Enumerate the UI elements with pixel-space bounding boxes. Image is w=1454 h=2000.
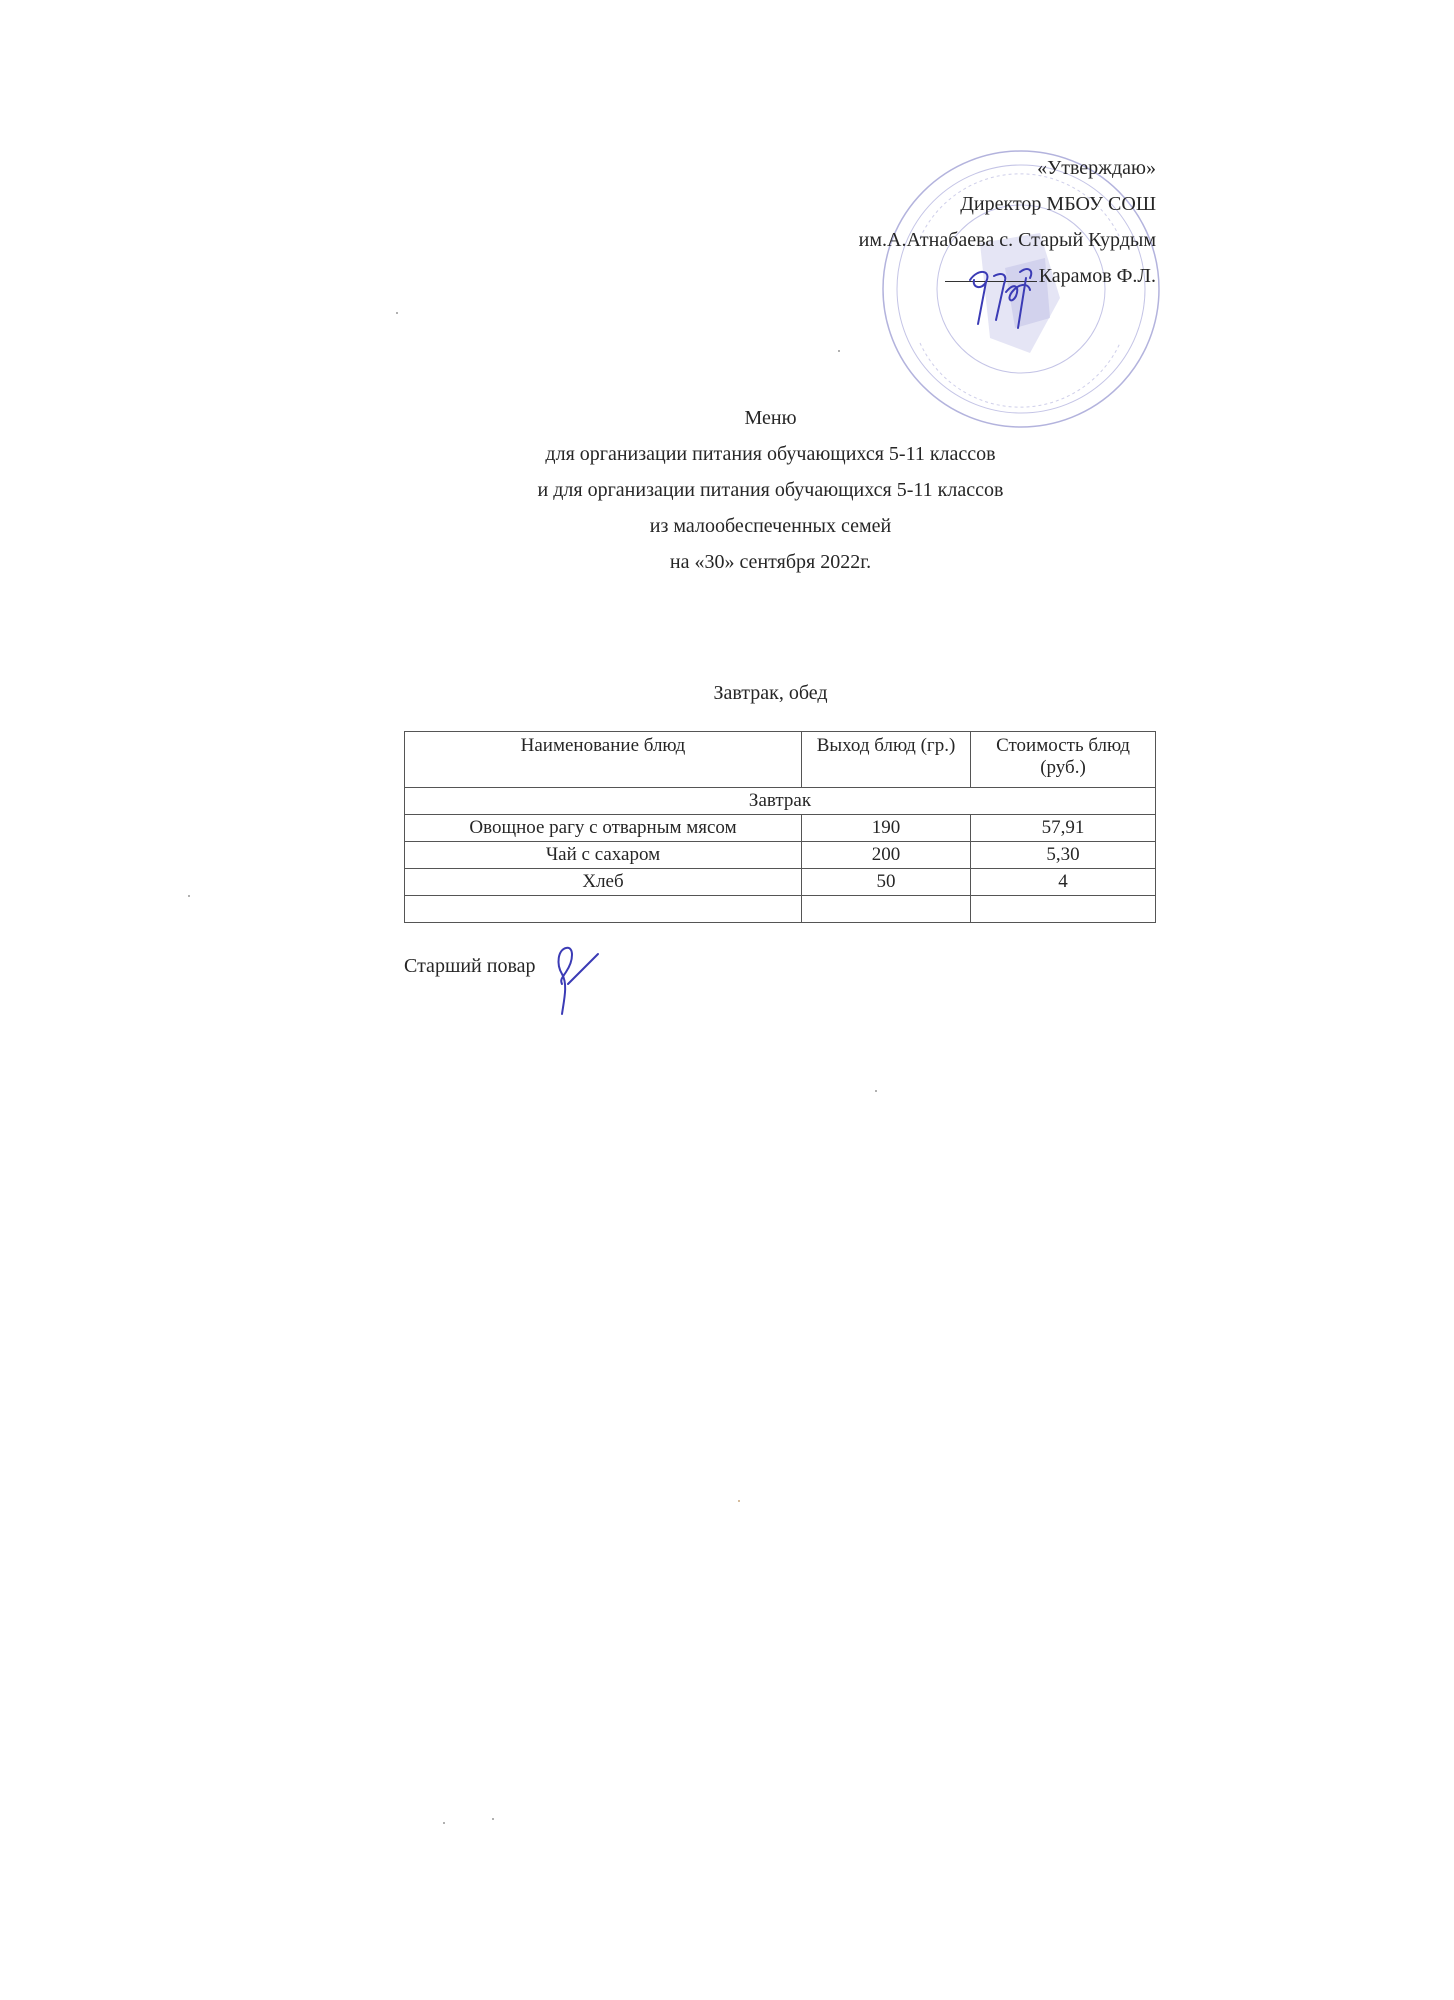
document-page: «Утверждаю» Директор МБОУ СОШ им.А.Атнаб… [0,0,1454,2000]
dish-name: Чай с сахаром [405,842,802,869]
dish-cost: 5,30 [971,842,1156,869]
scan-speck [396,312,398,314]
table-row-empty [405,896,1156,923]
approval-heading: «Утверждаю» [859,150,1156,186]
scan-speck [188,895,190,897]
approver-position: Директор МБОУ СОШ [859,186,1156,222]
approver-organization: им.А.Атнабаева с. Старый Курдым [859,222,1156,258]
dish-cost: 57,91 [971,815,1156,842]
approver-name: Карамов Ф.Л. [1039,265,1156,287]
scan-speck [875,1090,877,1092]
dish-yield [802,896,971,923]
menu-subtitle-1: для организации питания обучающихся 5-11… [0,436,1454,472]
dish-cost: 4 [971,869,1156,896]
section-caption: Завтрак, обед [0,682,1454,705]
dish-name: Хлеб [405,869,802,896]
dish-cost [971,896,1156,923]
dish-name: Овощное рагу с отварным мясом [405,815,802,842]
menu-subtitle-2: и для организации питания обучающихся 5-… [0,472,1454,508]
scan-speck [443,1822,445,1824]
menu-title: Меню [0,400,1454,436]
table-header-row: Наименование блюд Выход блюд (гр.) Стоим… [405,732,1156,788]
scan-speck [492,1818,494,1820]
table-row: Хлеб 50 4 [405,869,1156,896]
menu-title-block: Меню для организации питания обучающихся… [0,400,1454,580]
header-cost: Стоимость блюд (руб.) [971,732,1156,788]
table-group-row: Завтрак [405,788,1156,815]
meal-group-label: Завтрак [405,788,1156,815]
table-row: Овощное рагу с отварным мясом 190 57,91 [405,815,1156,842]
chef-signature-icon [548,940,608,1018]
director-signature-icon [958,262,1048,340]
table-row: Чай с сахаром 200 5,30 [405,842,1156,869]
dish-yield: 200 [802,842,971,869]
scan-speck [838,350,840,352]
menu-subtitle-3: из малообеспеченных семей [0,508,1454,544]
header-yield: Выход блюд (гр.) [802,732,971,788]
dish-yield: 190 [802,815,971,842]
chef-label: Старший повар [404,955,536,978]
dish-yield: 50 [802,869,971,896]
menu-table: Наименование блюд Выход блюд (гр.) Стоим… [404,731,1156,923]
scan-speck [738,1500,740,1502]
menu-date: на «30» сентября 2022г. [0,544,1454,580]
dish-name [405,896,802,923]
header-dish-name: Наименование блюд [405,732,802,788]
